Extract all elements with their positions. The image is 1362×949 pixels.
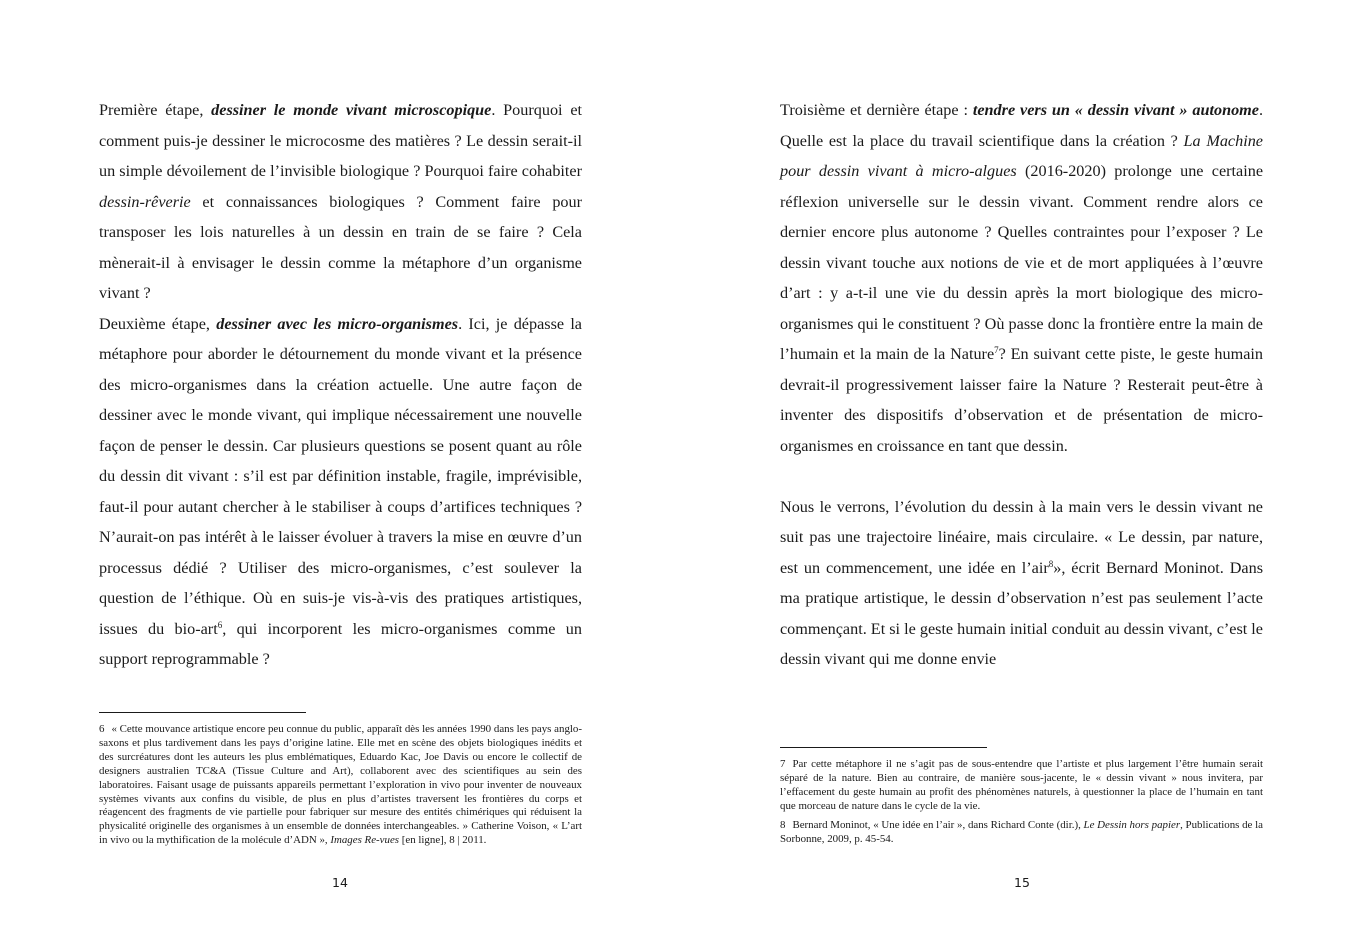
footnote-separator — [780, 747, 987, 748]
left-page: Première étape, dessiner le monde vivant… — [0, 0, 681, 949]
text-run: (2016-2020) prolonge une certaine réflex… — [780, 162, 1263, 363]
italic-term: dessin-rêverie — [99, 193, 191, 211]
footnote-text: « Cette mouvance artistique encore peu c… — [99, 723, 582, 846]
source-title: Images Re-vues — [330, 834, 399, 846]
footnote-6: 6« Cette mouvance artistique encore peu … — [99, 723, 582, 848]
page-number: 14 — [320, 875, 360, 890]
footnote-7: 7Par cette métaphore il ne s’agit pas de… — [780, 758, 1263, 814]
text-run: . Ici, je dépasse la métaphore pour abor… — [99, 315, 582, 638]
source-title: Le Dessin hors papier — [1084, 819, 1181, 831]
footnote-8: 8Bernard Moninot, « Une idée en l’air »,… — [780, 819, 1263, 847]
paragraph-conclusion: Nous le verrons, l’évolution du dessin à… — [780, 492, 1263, 675]
page-number: 15 — [1002, 875, 1042, 890]
footnote-text: Bernard Moninot, « Une idée en l’air », … — [792, 819, 1083, 831]
step-title: tendre vers un « dessin vivant » autonom… — [973, 101, 1259, 119]
right-page: Troisième et dernière étape : tendre ver… — [681, 0, 1362, 949]
footnote-number: 6 — [99, 723, 104, 735]
footnotes: 7Par cette métaphore il ne s’agit pas de… — [780, 758, 1263, 851]
footnote-text: Par cette métaphore il ne s’agit pas de … — [780, 758, 1263, 812]
paragraph-step-three: Troisième et dernière étape : tendre ver… — [780, 95, 1263, 461]
body-text: Troisième et dernière étape : tendre ver… — [780, 95, 1263, 675]
text-run: Deuxième étape, — [99, 315, 216, 333]
body-text: Première étape, dessiner le monde vivant… — [99, 95, 582, 675]
footnotes: 6« Cette mouvance artistique encore peu … — [99, 723, 582, 853]
paragraph-step-one: Première étape, dessiner le monde vivant… — [99, 95, 582, 309]
step-title: dessiner avec les micro-organismes — [216, 315, 458, 333]
text-run: Première étape, — [99, 101, 211, 119]
footnote-text: [en ligne], 8 | 2011. — [399, 834, 486, 846]
paragraph-step-two: Deuxième étape, dessiner avec les micro-… — [99, 309, 582, 675]
step-title: dessiner le monde vivant microscopique — [211, 101, 491, 119]
footnote-number: 7 — [780, 758, 785, 770]
text-run: Troisième et dernière étape : — [780, 101, 973, 119]
footnote-number: 8 — [780, 819, 785, 831]
footnote-separator — [99, 712, 306, 713]
